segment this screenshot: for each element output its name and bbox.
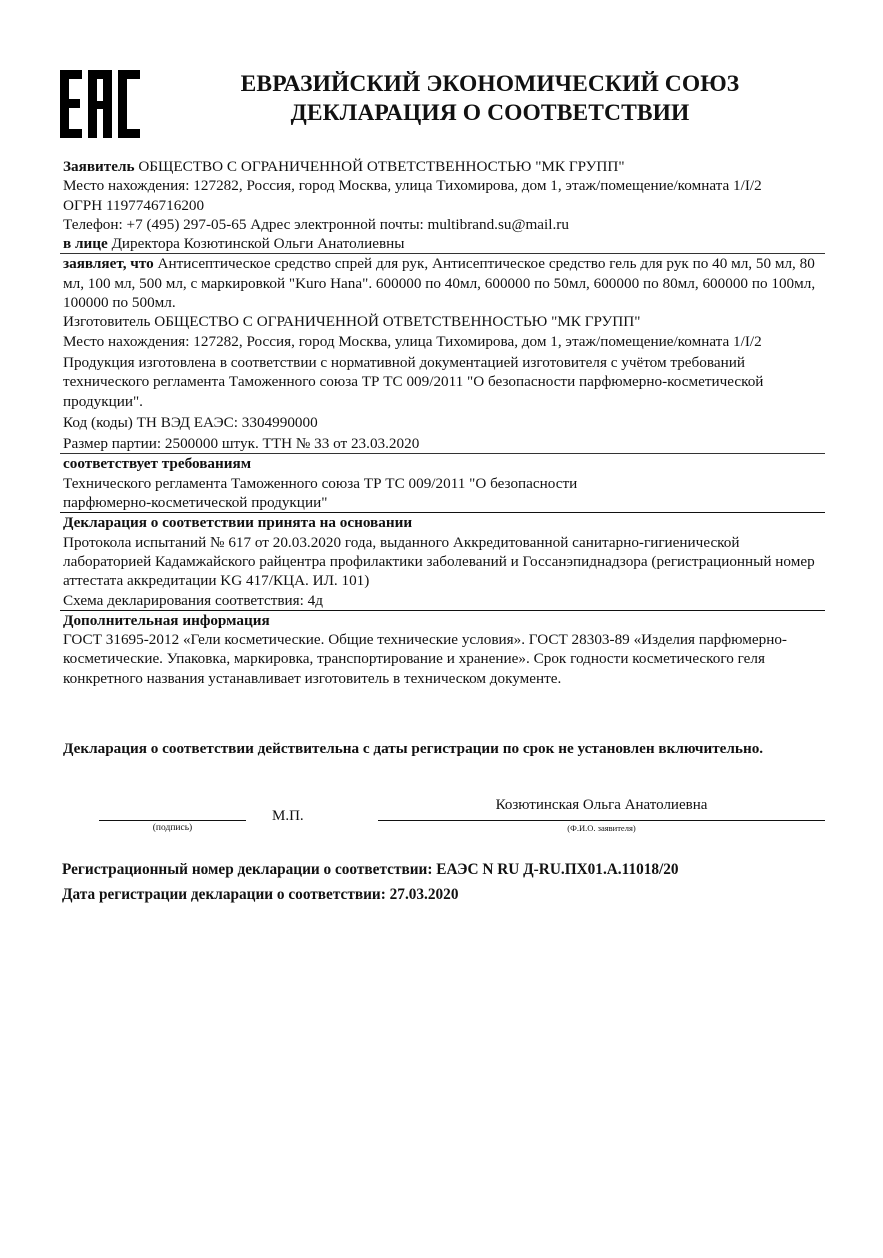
registration-date: Дата регистрации декларации о соответств… [62,886,458,904]
declaration-scheme: Схема декларирования соответствия: 4д [63,591,827,610]
additional-section: Дополнительная информация ГОСТ 31695-201… [63,611,827,688]
person-label: в лице [63,235,108,252]
signer-name-line [378,820,825,821]
basis-section: Декларация о соответствии принята на осн… [63,513,827,609]
declares-section: заявляет, что Антисептическое средство с… [63,254,827,453]
applicant-section: Заявитель ОБЩЕСТВО С ОГРАНИЧЕННОЙ ОТВЕТС… [63,157,827,253]
applicant-line: Заявитель ОБЩЕСТВО С ОГРАНИЧЕННОЙ ОТВЕТС… [63,157,827,176]
document-title: ЕВРАЗИЙСКИЙ ЭКОНОМИЧЕСКИЙ СОЮЗ ДЕКЛАРАЦИ… [170,70,810,128]
signature-line [99,820,246,821]
basis-text: Протокола испытаний № 617 от 20.03.2020 … [63,533,827,591]
registration-number: Регистрационный номер декларации о соотв… [62,861,679,879]
declaration-body: Заявитель ОБЩЕСТВО С ОГРАНИЧЕННОЙ ОТВЕТС… [63,157,827,688]
stamp-placeholder: М.П. [272,808,304,825]
batch-size: Размер партии: 2500000 штук. ТТН № 33 от… [63,434,827,453]
applicant-name: ОБЩЕСТВО С ОГРАНИЧЕННОЙ ОТВЕТСТВЕННОСТЬЮ… [135,158,625,175]
basis-label: Декларация о соответствии принята на осн… [63,513,827,532]
applicant-ogrn: ОГРН 1197746716200 [63,196,827,215]
conforms-section: соответствует требованиям Технического р… [63,454,827,512]
title-union: ЕВРАЗИЙСКИЙ ЭКОНОМИЧЕСКИЙ СОЮЗ [170,70,810,99]
applicant-person-line: в лице Директора Козютинской Ольги Анато… [63,234,827,253]
validity-statement: Декларация о соответствии действительна … [63,739,827,759]
applicant-label: Заявитель [63,158,135,175]
additional-text: ГОСТ 31695-2012 «Гели косметические. Общ… [63,630,827,688]
produced-per: Продукция изготовлена в соответствии с н… [63,353,827,411]
additional-label: Дополнительная информация [63,611,827,630]
applicant-contacts: Телефон: +7 (495) 297-05-65 Адрес электр… [63,215,827,234]
person-name: Директора Козютинской Ольги Анатолиевны [108,235,405,252]
signer-caption: (Ф.И.О. заявителя) [378,823,825,833]
eac-logo [58,68,142,140]
product-text: Антисептическое средство спрей для рук, … [63,255,815,311]
conforms-text: Технического регламента Таможенного союз… [63,474,653,513]
conforms-label: соответствует требованиям [63,454,827,473]
title-declaration: ДЕКЛАРАЦИЯ О СООТВЕТСТВИИ [170,99,810,128]
manufacturer: Изготовитель ОБЩЕСТВО С ОГРАНИЧЕННОЙ ОТВ… [63,312,827,331]
manufacturer-address: Место нахождения: 127282, Россия, город … [63,332,827,351]
applicant-address: Место нахождения: 127282, Россия, город … [63,176,827,195]
signature-caption: (подпись) [99,823,246,833]
hs-code: Код (коды) ТН ВЭД ЕАЭС: 3304990000 [63,413,827,432]
product-description: заявляет, что Антисептическое средство с… [63,254,827,312]
declares-label: заявляет, что [63,255,154,272]
eac-mark-icon [58,68,142,140]
signer-name: Козютинская Ольга Анатолиевна [378,797,825,814]
